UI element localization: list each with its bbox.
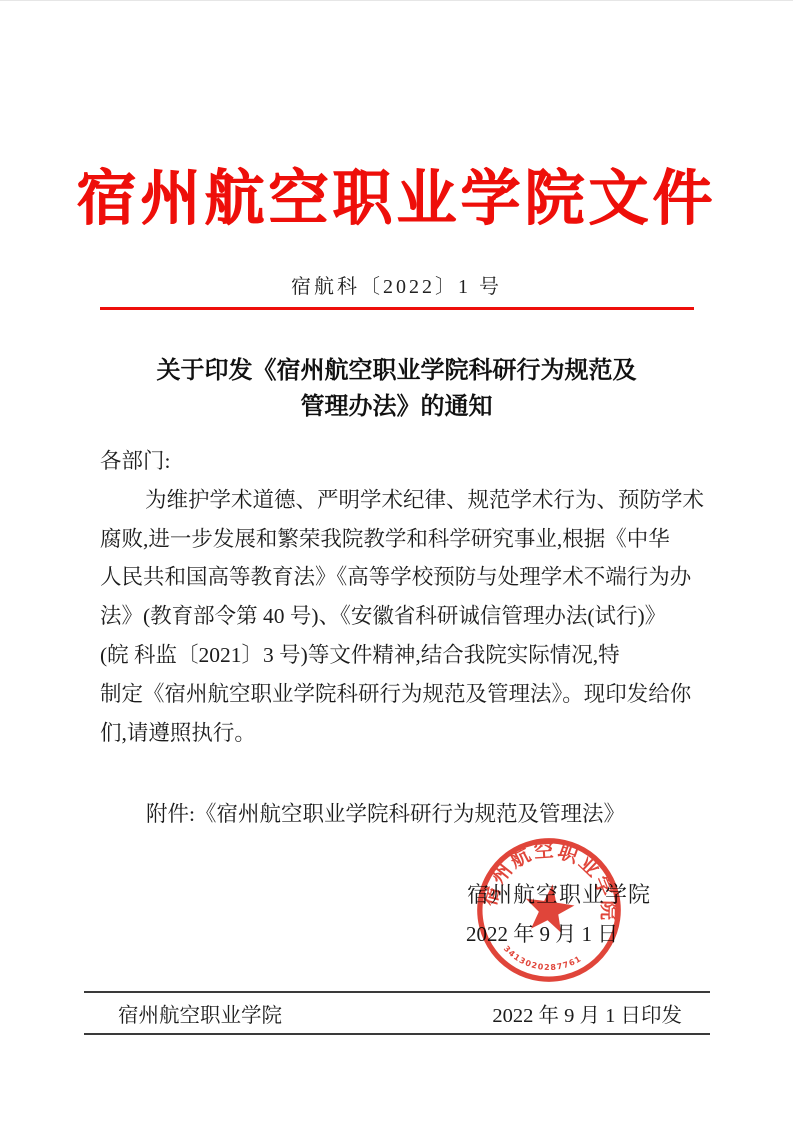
notice-title-line1: 关于印发《宿州航空职业学院科研行为规范及 xyxy=(0,353,793,389)
footer-top-line xyxy=(84,991,710,993)
notice-title: 关于印发《宿州航空职业学院科研行为规范及 管理办法》的通知 xyxy=(0,353,793,425)
document-page: 宿州航空职业学院文件 宿航科〔2022〕1 号 关于印发《宿州航空职业学院科研行… xyxy=(0,0,793,1122)
seal-ring xyxy=(471,834,627,986)
body-line: 为维护学术道德、严明学术纪律、规范学术行为、预防学术 xyxy=(100,481,698,520)
official-seal: 宿州航空职业学院 3413020287761 xyxy=(464,834,634,986)
footer-issuer: 宿州航空职业学院 xyxy=(118,998,282,1028)
body-line: 人民共和国高等教育法》《高等学校预防与处理学术不端行为办 xyxy=(100,558,698,597)
footer-bottom-line xyxy=(84,1033,710,1035)
body-line: 制定《宿州航空职业学院科研行为规范及管理法》。现印发给你 xyxy=(100,675,698,714)
body-line: 腐败,进一步发展和繁荣我院教学和科学研究事业,根据《中华 xyxy=(100,520,698,559)
body-line: (皖 科监〔2021〕3 号)等文件精神,结合我院实际情况,特 xyxy=(100,636,698,675)
signature-date: 2022 年 9 月 1 日 xyxy=(466,918,618,948)
red-separator-line xyxy=(100,307,694,310)
attachment-line: 附件:《宿州航空职业学院科研行为规范及管理法》 xyxy=(146,801,625,827)
body-text: 各部门: 为维护学术道德、严明学术纪律、规范学术行为、预防学术 腐败,进一步发展… xyxy=(100,442,698,752)
svg-text:3413020287761: 3413020287761 xyxy=(500,943,585,977)
footer-print-date: 2022 年 9 月 1 日印发 xyxy=(492,998,682,1028)
signature-org: 宿州航空职业学院 xyxy=(467,878,651,909)
body-line: 们,请遵照执行。 xyxy=(100,714,698,753)
salutation: 各部门: xyxy=(100,442,698,481)
doc-number: 宿航科〔2022〕1 号 xyxy=(0,270,793,299)
body-line: 法》(教育部令第 40 号)、《安徽省科研诚信管理办法(试行)》 xyxy=(100,597,698,636)
seal-number: 3413020287761 xyxy=(500,943,585,977)
footer: 宿州航空职业学院 2022 年 9 月 1 日印发 xyxy=(84,998,710,1028)
notice-title-line2: 管理办法》的通知 xyxy=(0,389,793,425)
masthead-title: 宿州航空职业学院文件 xyxy=(0,151,793,237)
